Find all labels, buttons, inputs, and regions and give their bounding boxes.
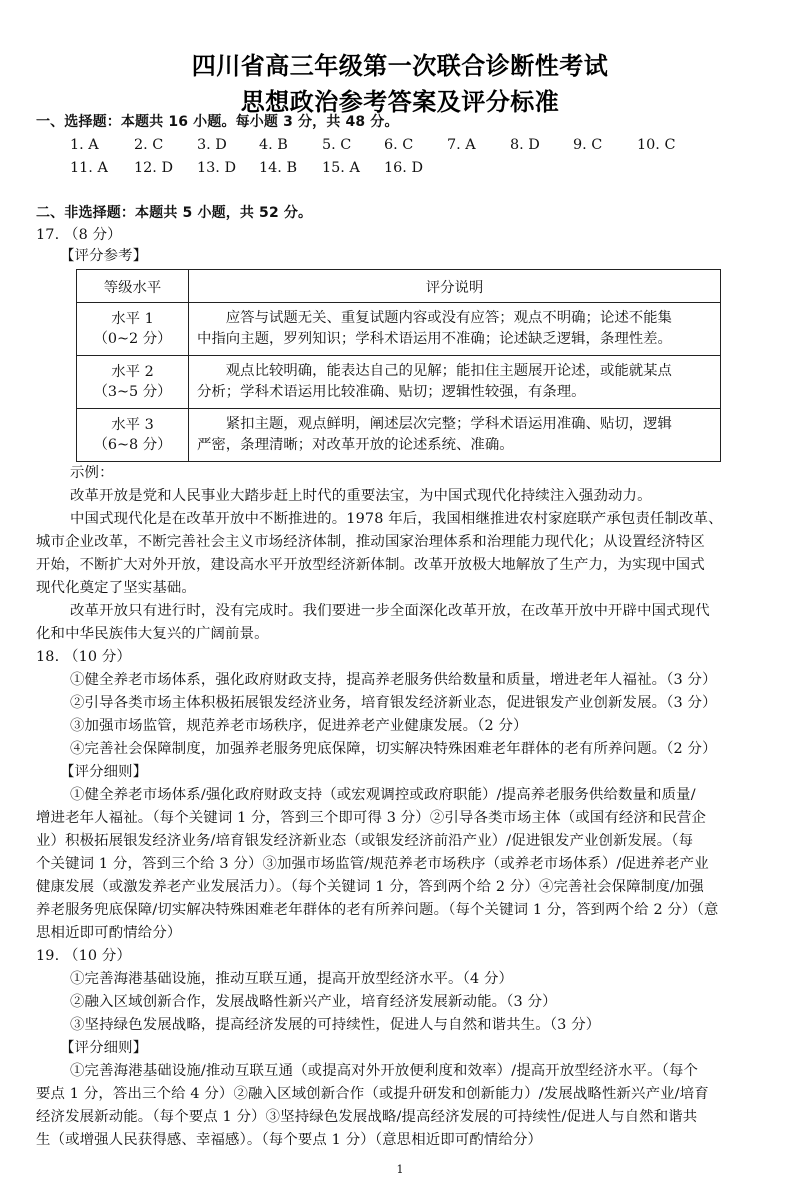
description-cell: 紧扣主题，观点鲜明，阐述层次完整；学科术语运用准确、贴切，逻辑 严密，条理清晰；… (189, 409, 721, 462)
q18-detail-line: 健康发展（或激发养老产业发展活力）。（每个关键词 1 分，答到两个给 2 分）④… (36, 877, 766, 897)
example-paragraph-line: 中国式现代化是在改革开放中不断推进的。1978 年后，我国相继推进农村家庭联产承… (70, 509, 800, 529)
q18-detail-line: 养老服务兜底保障/切实解决特殊困难老年群体的老有所养问题。（每个关键词 1 分，… (36, 900, 766, 920)
example-paragraph-line: 化和中华民族伟大复兴的广阔前景。 (36, 624, 766, 644)
answer-item: 10. C (637, 135, 675, 155)
q17-rubric-label: 【评分参考】 (60, 246, 790, 266)
grading-table-header: 等级水平 评分说明 (77, 270, 721, 303)
q18-point: ③加强市场监管，规范养老市场秩序，促进养老产业健康发展。（2 分） (70, 716, 800, 736)
document-title: 四川省高三年级第一次联合诊断性考试 (0, 46, 800, 81)
q18-label: 18. （10 分） (36, 647, 766, 667)
description-line: 中指向主题，罗列知识；学科术语运用不准确；论述缺乏逻辑，条理性差。 (197, 329, 714, 350)
description-line: 观点比较明确，能表达自己的见解；能扣住主题展开论述，或能就某点 (197, 361, 714, 382)
answer-item: 12. D (134, 158, 173, 178)
answer-item: 16. D (384, 158, 423, 178)
q18-detail-label: 【评分细则】 (60, 762, 790, 782)
answer-item: 13. D (197, 158, 236, 178)
answer-item: 15. A (322, 158, 360, 178)
answer-item: 4. B (259, 135, 288, 155)
q19-detail-line: 生（或增强人民获得感、幸福感）。（每个要点 1 分）（意思相近即可酌情给分） (36, 1130, 766, 1150)
q18-point: ①健全养老市场体系，强化政府财政支持，提高养老服务供给数量和质量，增进老年人福祉… (70, 670, 800, 690)
answers-row-1: 1. A 2. C 3. D 4. B 5. C 6. C 7. A 8. D … (0, 135, 800, 155)
level-name: 水平 1 (77, 309, 188, 329)
answer-item: 9. C (573, 135, 602, 155)
description-cell: 应答与试题无关、重复试题内容或没有应答；观点不明确；论述不能集 中指向主题，罗列… (189, 303, 721, 356)
header-description: 评分说明 (189, 270, 721, 303)
table-row: 水平 3 （6~8 分） 紧扣主题，观点鲜明，阐述层次完整；学科术语运用准确、贴… (77, 409, 721, 462)
q19-point: ③坚持绿色发展战略，提高经济发展的可持续性，促进人与自然和谐共生。（3 分） (70, 1015, 800, 1035)
description-line: 分析；学科术语运用比较准确、贴切；逻辑性较强，有条理。 (197, 382, 714, 403)
level-name: 水平 2 (77, 362, 188, 382)
section1-heading: 一、选择题：本题共 16 小题。每小题 3 分，共 48 分。 (36, 112, 766, 132)
q18-detail-line: ①健全养老市场体系/强化政府财政支持（或宏观调控或政府职能）/提高养老服务供给数… (70, 785, 800, 805)
answer-item: 8. D (510, 135, 540, 155)
q18-point: ④完善社会保障制度，加强养老服务兜底保障，切实解决特殊困难老年群体的老有所养问题… (70, 739, 800, 759)
q18-point: ②引导各类市场主体积极拓展银发经济业务，培育银发经济新业态，促进银发产业创新发展… (70, 693, 800, 713)
level-cell: 水平 2 （3~5 分） (77, 356, 189, 409)
table-row: 水平 2 （3~5 分） 观点比较明确，能表达自己的见解；能扣住主题展开论述，或… (77, 356, 721, 409)
q19-detail-line: 要点 1 分，答出三个给 4 分）②融入区域创新合作（或提升研发和创新能力）/发… (36, 1084, 766, 1104)
answer-item: 2. C (134, 135, 163, 155)
q19-detail-line: 经济发展新动能。（每个要点 1 分）③坚持绿色发展战略/提高经济发展的可持续性/… (36, 1107, 766, 1127)
table-row: 水平 1 （0~2 分） 应答与试题无关、重复试题内容或没有应答；观点不明确；论… (77, 303, 721, 356)
document-page: 四川省高三年级第一次联合诊断性考试 思想政治参考答案及评分标准 一、选择题：本题… (0, 0, 800, 1192)
level-range: （6~8 分） (77, 435, 188, 455)
section2-heading: 二、非选择题：本题共 5 小题，共 52 分。 (36, 203, 766, 223)
description-cell: 观点比较明确，能表达自己的见解；能扣住主题展开论述，或能就某点 分析；学科术语运… (189, 356, 721, 409)
answer-item: 1. A (70, 135, 99, 155)
q18-detail-line: 业）积极拓展银发经济业务/培育银发经济新业态（或银发经济前沿产业）/促进银发产业… (36, 831, 766, 851)
level-cell: 水平 1 （0~2 分） (77, 303, 189, 356)
q17-example-label: 示例： (70, 463, 800, 483)
answer-item: 14. B (259, 158, 297, 178)
example-paragraph-line: 改革开放只有进行时，没有完成时。我们要进一步全面深化改革开放，在改革开放中开辟中… (70, 601, 800, 621)
q18-detail-line: 增进老年人福祉。（每个关键词 1 分，答到三个即可得 3 分）②引导各类市场主体… (36, 808, 766, 828)
level-range: （0~2 分） (77, 329, 188, 349)
answer-item: 3. D (197, 135, 227, 155)
description-line: 严密，条理清晰；对改革开放的论述系统、准确。 (197, 435, 714, 456)
q19-detail-line: ①完善海港基础设施/推动互联互通（或提高对外开放便利度和效率）/提高开放型经济水… (70, 1061, 800, 1081)
q19-point: ①完善海港基础设施，推动互联互通，提高开放型经济水平。（4 分） (70, 969, 800, 989)
answer-item: 5. C (322, 135, 351, 155)
example-paragraph-line: 城市企业改革，不断完善社会主义市场经济体制，推动国家治理体系和治理能力现代化；从… (36, 532, 766, 552)
example-paragraph-line: 现代化奠定了坚实基础。 (36, 578, 766, 598)
header-level: 等级水平 (77, 270, 189, 303)
level-name: 水平 3 (77, 415, 188, 435)
answers-row-2: 11. A 12. D 13. D 14. B 15. A 16. D (0, 158, 800, 178)
example-paragraph-line: 开始，不断扩大对外开放，建设高水平开放型经济新体制。改革开放极大地解放了生产力，… (36, 555, 766, 575)
description-line: 应答与试题无关、重复试题内容或没有应答；观点不明确；论述不能集 (197, 308, 714, 329)
answer-item: 6. C (384, 135, 413, 155)
answer-item: 7. A (447, 135, 476, 155)
answer-item: 11. A (70, 158, 108, 178)
q19-label: 19. （10 分） (36, 946, 766, 966)
example-paragraph-line: 改革开放是党和人民事业大踏步赶上时代的重要法宝，为中国式现代化持续注入强劲动力。 (70, 486, 800, 506)
level-range: （3~5 分） (77, 382, 188, 402)
level-cell: 水平 3 （6~8 分） (77, 409, 189, 462)
page-number: 1 (0, 1163, 800, 1176)
q18-detail-line: 个关键词 1 分，答到三个给 3 分）③加强市场监管/规范养老市场秩序（或养老市… (36, 854, 766, 874)
q19-point: ②融入区域创新合作，发展战略性新兴产业，培育经济发展新动能。（3 分） (70, 992, 800, 1012)
q19-detail-label: 【评分细则】 (60, 1038, 790, 1058)
description-line: 紧扣主题，观点鲜明，阐述层次完整；学科术语运用准确、贴切，逻辑 (197, 414, 714, 435)
q18-detail-line: 思相近即可酌情给分） (36, 923, 766, 943)
q17-label: 17. （8 分） (36, 225, 766, 245)
grading-table: 等级水平 评分说明 水平 1 （0~2 分） 应答与试题无关、重复试题内容或没有… (76, 269, 721, 462)
